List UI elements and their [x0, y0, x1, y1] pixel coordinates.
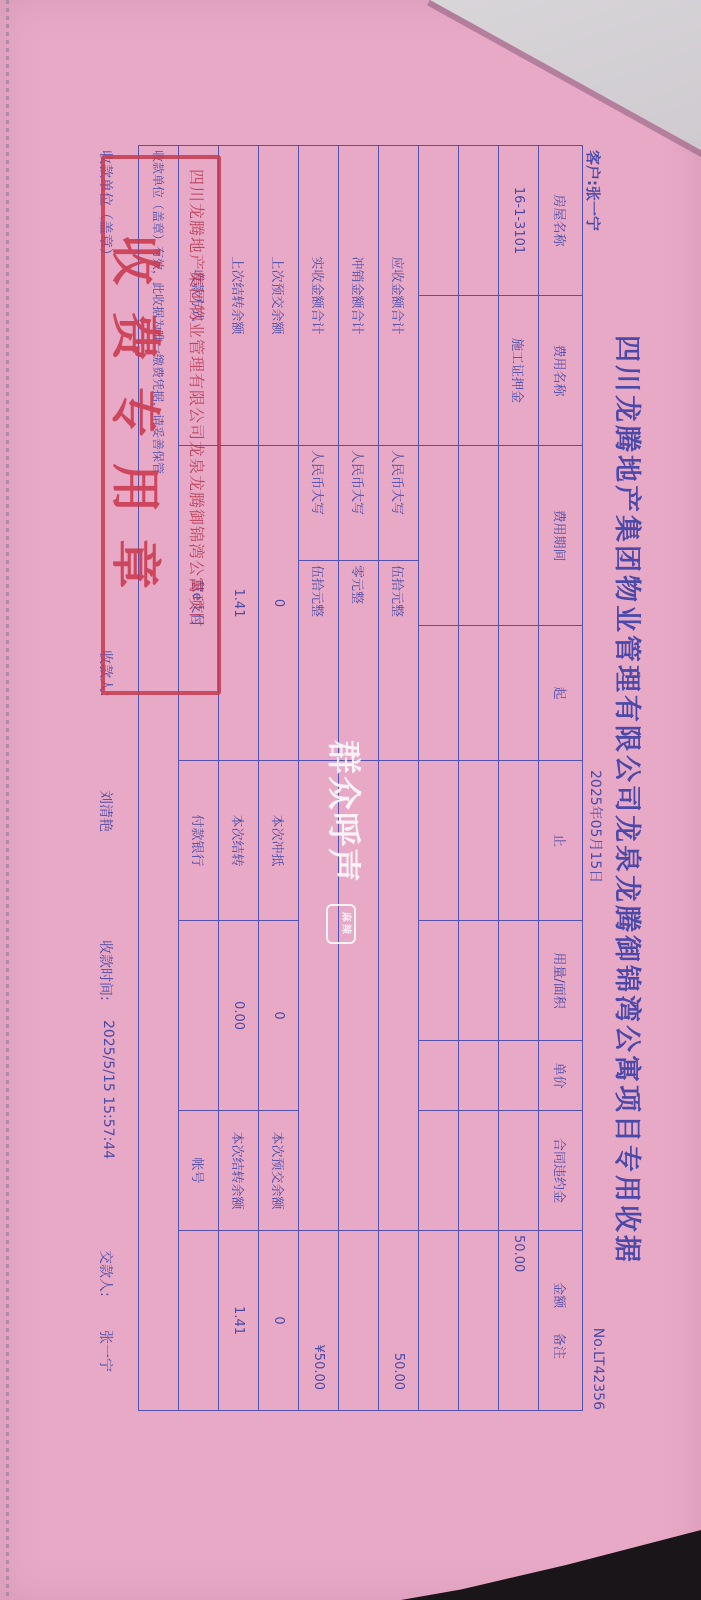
prev-prepaid-value: 0: [259, 446, 299, 761]
offset-label: 冲销金额合计: [339, 146, 379, 446]
payer-name: 张一宁: [96, 1330, 116, 1372]
payer-label: 交款人:: [96, 1250, 116, 1297]
header-contract-penalty: 合同违约金: [539, 1111, 583, 1231]
this-carry-label: 本次结转: [219, 761, 259, 921]
this-prepaid-value: 0: [259, 1231, 299, 1411]
carry-balance-row: 上次结转余额 1.41 本次结转 0.00 本次结转余额 1.41: [219, 146, 259, 1411]
receivable-amount: 50.00: [379, 1231, 419, 1411]
collect-time: 2025/5/15 15:57:44: [100, 1020, 116, 1159]
item-usage: [499, 921, 539, 1041]
item-start: [499, 626, 539, 761]
receivable-caps: 伍拾元整: [379, 561, 419, 761]
item-penalty: [499, 1111, 539, 1231]
receipt: 四川龙腾地产集团物业管理有限公司龙泉龙腾御锦湾公寓项目专用收据 客户:张一宁 2…: [0, 0, 701, 1600]
offset-caps-label: 人民币大写: [339, 446, 379, 561]
this-carry-balance-value: 1.41: [219, 1231, 259, 1411]
table-row-empty: [459, 146, 499, 1411]
item-amount: 50.00: [499, 1231, 539, 1411]
header-amount-remark: 金额 备注: [539, 1231, 583, 1411]
actual-caps-label: 人民币大写: [299, 446, 339, 561]
collect-time-label: 收款时间:: [96, 940, 116, 1001]
header-start: 起: [539, 626, 583, 761]
actual-amount: ¥50.00: [299, 1231, 339, 1411]
item-room: 16-1-3101: [499, 146, 539, 296]
this-carry-value: 0.00: [219, 921, 259, 1111]
prepaid-balance-row: 上次预交余额 0 本次冲抵 0 本次预交余额 0: [259, 146, 299, 1411]
item-end: [499, 761, 539, 921]
watermark-badge-icon: 麻辣: [327, 904, 357, 944]
item-fee-name: 施工证押金: [499, 296, 539, 446]
payment-account-label: 帐号: [179, 1111, 219, 1231]
customer-name: 客户:张一宁: [583, 150, 604, 231]
header-end: 止: [539, 761, 583, 921]
receipt-date: 2025年05月15日: [586, 770, 606, 883]
watermark: 群众呼声 麻辣: [322, 740, 371, 944]
receivable-total-row: 应收金额合计 人民币大写 伍拾元整 50.00: [379, 146, 419, 1411]
receipt-title: 四川龙腾地产集团物业管理有限公司龙泉龙腾御锦湾公寓项目专用收据: [610, 180, 649, 1420]
this-prepaid-label: 本次预交余额: [259, 1111, 299, 1231]
actual-caps: 伍拾元整: [299, 561, 339, 761]
header-unit-price: 单价: [539, 1041, 583, 1111]
table-header-row: 房屋名称 费用名称 费用期间 起 止 用量/面积 单价 合同违约金 金额 备注: [539, 146, 583, 1411]
header-usage-area: 用量/面积: [539, 921, 583, 1041]
actual-label: 实收金额合计: [299, 146, 339, 446]
offset-caps: 零元整: [339, 561, 379, 761]
header-room-name: 房屋名称: [539, 146, 583, 296]
fee-collection-stamp: 四川龙腾地产集团物业管理有限公司龙泉龙腾御锦湾公寓项目 收费专用章: [101, 155, 221, 695]
header-amount: 金额: [551, 1282, 566, 1308]
receivable-label: 应收金额合计: [379, 146, 419, 446]
prev-prepaid-label: 上次预交余额: [259, 146, 299, 446]
item-unit-price: [499, 1041, 539, 1111]
payment-bank-label: 付款银行: [179, 761, 219, 921]
prev-carry-value: 1.41: [219, 446, 259, 761]
watermark-text: 群众呼声: [323, 740, 363, 884]
header-fee-period: 费用期间: [539, 446, 583, 626]
header-fee-name: 费用名称: [539, 296, 583, 446]
receipt-subline: 客户:张一宁 2025年05月15日 No.LT42356: [584, 150, 606, 1410]
receipt-number: No.LT42356: [590, 1328, 606, 1410]
stamp-text: 收费专用章: [103, 159, 175, 691]
this-offset-label: 本次冲抵: [259, 761, 299, 921]
receivable-caps-label: 人民币大写: [379, 446, 419, 561]
stamp-company-name: 四川龙腾地产集团物业管理有限公司龙泉龙腾御锦湾公寓项目: [186, 169, 209, 689]
collector-name: 刘清艳: [96, 790, 116, 832]
this-carry-balance-label: 本次结转余额: [219, 1111, 259, 1231]
prev-carry-label: 上次结转余额: [219, 146, 259, 446]
this-offset-value: 0: [259, 921, 299, 1111]
payment-bank-value: [179, 921, 219, 1111]
item-period: [499, 446, 539, 626]
table-row-empty: [419, 146, 459, 1411]
header-remark: 备注: [551, 1333, 566, 1359]
payment-account-value: [179, 1231, 219, 1411]
table-row: 16-1-3101 施工证押金 50.00: [499, 146, 539, 1411]
